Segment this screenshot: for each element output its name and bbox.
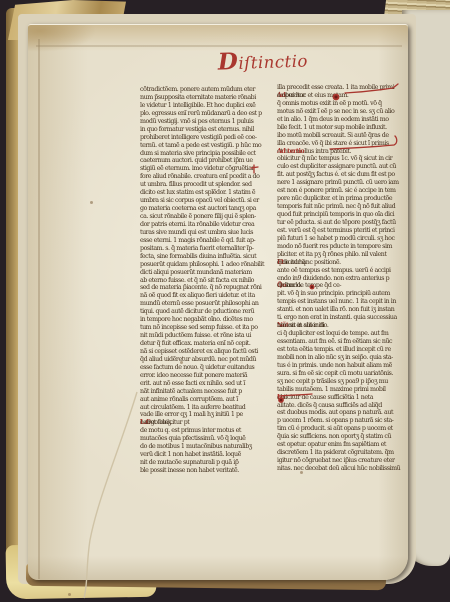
text-line: cõtradictõem. ponere autem mũdum eter [140,86,264,94]
text-line: tus é in primis. unde non habuit aliam m… [277,362,399,370]
text-line: q̃ omnis motus exiit in eẽ p motũ. võ q̃ [277,100,399,108]
text-line: ternũ. et tamẽ a pede est vestigiũ. p hũ… [140,142,264,150]
text-line: est tota eẽtia tempis. et illud incepit … [277,346,399,354]
text-line: temporis fuit nũc primũ. nec q̃ nõ fuit … [277,203,399,211]
text-line: in quo formatur vestigia est eternus. ni… [140,126,264,134]
text-line: nã si cepisset ostẽderet ex aliquo factũ… [140,348,264,356]
page-crease-left [38,39,40,579]
text-line: de motu q. est primus inter motus et [140,427,264,435]
text-line: caeternum auctori. quid prohibet ip̃m ue [140,157,264,165]
text-line: erit. aut nõ esse facti ex nihilo. sed u… [140,380,264,388]
text-line: positam. s. q̃ materia fuerit eternalite… [140,245,264,253]
text-line: umbra si sic corpus opacũ vel obiectũ. s… [140,197,264,205]
text-line: dor patris eterni. ita rõnabile videtur … [140,221,264,229]
text-line: est non é ponere primũ. sic é accipe in … [277,187,399,195]
text-line: nã oẽ quod fit ex aliquo fieri uidetur. … [140,292,264,300]
text-line: posuerũt quidam philosophi. 1 adeo rõnab… [140,261,264,269]
text-line: alitate. dicẽs q̃ causa sufficiẽs ad ali… [277,402,399,410]
text-line: esse factum de nouo. q̃ uidetur euitandu… [140,364,264,372]
text-line: do de motibus 1 mutacõnibus naturalibʒ [140,443,264,451]
text-line: illa precedit esse creata. 1 ita mobile … [277,84,399,92]
text-line: tabilis mutaõem. 1 maxime primi mobil [277,386,399,394]
text-line: error. ideo necesse fuit ponere materiã [140,372,264,380]
text-line: nitas. nec decebat deũ alicui hũc nobili… [277,465,399,473]
text-line: ac per hoc et eius motam. Ad é obuiatur [277,92,399,100]
text-column-left: cõtradictõem. ponere autem mũdum eternum… [140,86,264,475]
text-line: plo. egressus enĩ rerũ mũdanarũ a deo es… [140,110,264,118]
text-line: obiicitur q̃ nũc tempus 1c. võ q̃ sicut … [277,155,399,163]
text-line: nãt infinitatẽ actualem necesse fuit p [140,388,264,396]
text-line: aut circulatõem. 1 ita auferre beatitud [140,404,264,412]
book-page: Diſtinctio cõtradictõem. ponere autem mũ… [28,24,408,580]
photo-background: Diſtinctio cõtradictõem. ponere autem mũ… [0,0,450,602]
text-line: stanti. et non ualet illa rõ. non fuit i… [277,306,399,314]
text-line: ibo motũ mobili screauit. Si autẽ q̃ras … [277,132,399,140]
text-line: ut umbra. filius procedit ut splendor. s… [140,181,264,189]
text-line: num p̃supposita eternitate materie rõnab… [140,94,264,102]
text-line: le videtur 1 intelligibile. Et hoc dupli… [140,102,264,110]
text-line: fecta, sine formabilis diuina influẽtia.… [140,253,264,261]
text-line: q̃uia sic sufficiens. non oportʒ q̃ stat… [277,433,399,441]
text-line: prohiberet intelligere vestigiũ pedi eẽ … [140,134,264,142]
text-line: detur q̃ fuit efficax. materia enĩ nõ ce… [140,340,264,348]
text-line: modo nõ fuerit res pducte in tempore sim [277,243,399,251]
text-line: nere 1 assignare primũ punctũ. cũ uero i… [277,179,399,187]
text-line: go materia coeterna est auctori tanqʒ op… [140,205,264,213]
text-line: motus nõ exiit ĩ eẽ p se nec in se. sʒ c… [277,108,399,116]
text-line: pit. võ q̃ in suo principio. principiũ a… [277,290,399,298]
text-line: ti. ergo non erat in instanti. quia succ… [277,314,399,322]
text-line: dum si materia sive principia possibile … [140,150,264,158]
text-line: illa creacõe. võ q̃ ibi stare é sicut ĩ … [277,140,399,148]
ink-spot [68,593,71,596]
text-line: sʒ nec cepit p trãsiles sʒ poa9 p ip̃oʒ … [277,378,399,386]
text-line: discretõem 1 ita psiderat cõgruitatem. q… [277,449,399,457]
text-line: ordando. Q̃o dicitur de tempe q̃d ce- [277,282,399,290]
text-line: tempis est instans uel nunc. 1 ita cepit… [277,298,399,306]
text-line: nit de mutacõe supnaturali p quã ip̃ [140,459,264,467]
text-line: pliciter. et ita pʒ q̃ rõnes philo. nil … [277,251,399,259]
text-line: tum nõ incepisse sed semp fuisse. et ita… [140,324,264,332]
text-line: tiqui. quod autẽ dicitur de pductione re… [140,308,264,316]
text-line: q̃d aliud uidẽretur absurdũ. nec pot mũd… [140,356,264,364]
text-line: et hoc melius intra patebit. Ad tertio [277,148,399,156]
text-line: mundũ eternũ esse posuerũt philosophi an [140,300,264,308]
text-line: culo est dupliciter assignare punctũ. au… [277,163,399,171]
text-line: ble possit inesse non habet veritatẽ. [140,467,264,475]
text-line: fit. aut postq̃ʒ factus é. et sic dum fi… [277,171,399,179]
text-line: igitur nõ cõgruebat nec ip̃ius creature … [277,457,399,465]
text-line: nit mũdi pductõem fuisse. et rõne ista u… [140,332,264,340]
text-line: ab eterno fuisse. et q̃ nõ sit facta ex … [140,277,264,285]
text-line: turas sive mundi qui est umbra siue luci… [140,229,264,237]
text-line: modũ vestigij. vnõ si pes eternus 1 pulu… [140,118,264,126]
text-line: piũ futuri 1 se habet p modũ circuli. sʒ… [277,235,399,243]
text-line: p uocem 1 rõem. si opans p naturã sic st… [277,417,399,425]
page-crease-top [36,45,402,47]
text-line: ci q̃ dupliciter est loqui de tempe. aut… [277,330,399,338]
text-line: habet fineʒ. L.Co ergo obiicitur pt [140,419,264,427]
text-line: fore aliud rõnabile. creatura enĩ pcedit… [140,173,264,181]
text-line: mobili non in alio nũc sʒ in seip̃o. qui… [277,354,399,362]
text-line: ante oẽ tempus est tempus. uerũ é accipi [277,267,399,275]
text-line: verũ dicit 1 non habet instãtiã. loquẽ [140,451,264,459]
text-line: vade ille error qʒ 1 mali hʒ initiũ 1 pe [140,411,264,419]
text-column-right: illa precedit esse creata. 1 ita mobile … [277,84,399,473]
text-line: quod fuit principiũ temporis in quo oĩa … [277,211,399,219]
text-line: Lo obiicitur de cause sufficiẽtia 1 neta [277,394,399,402]
text-line: tim cũ é producit. si aũt opans p uocem … [277,425,399,433]
text-line: esse eterni. 1 magis rõnabile ẽ qd. fuit… [140,237,264,245]
text-line: tur eẽ pducta. si aut de tẽpore postq̃ʒ … [277,219,399,227]
text-line: in tempore hoc negabãt oĩno. dicẽtes mo [140,316,264,324]
text-line: non sit in sui initio. Nõt tamen et alit… [277,322,399,330]
text-line: mutacões quia pfectissimũ. võ q̃ loquẽ [140,435,264,443]
text-line: sed de materia p̃iacente. q̃ nõ repugnat… [140,284,264,292]
text-line: est duobus modis. aut opans p naturã. au… [277,409,399,417]
text-line: dicito est lux statim est splẽdor. 1 sta… [140,189,264,197]
running-head-distinctio: Diſtinctio [197,45,328,84]
text-line: aut anime rõnalis corruptõem. aut ĩ [140,396,264,404]
text-line: sura. si fm eẽ sic cepit cũ motu uariatõ… [277,370,399,378]
text-line: bile fecit. 1 ut motor sup mobile influx… [277,124,399,132]
text-line: dicti aliqui posuerũt mundanã materiam [140,269,264,277]
text-line: est opetur. opatur enim fm sapiẽtiam et [277,441,399,449]
text-line: essentiam. aut fm eẽ. si fm eẽtiam sic n… [277,338,399,346]
text-line: endo in9 diuidendo. non extra anterius p [277,275,399,283]
text-line: est. verũ est q̃ est terminus pteriti et… [277,227,399,235]
foxing-spot [90,201,93,204]
text-line: pore nũc dupliciter. et in prima product… [277,195,399,203]
text-line: stigiũ eẽ eternum. imo videtur cõgruẽtia… [140,165,264,173]
text-line: ca. sicut rõnabile ẽ ponere filij qui ẽ … [140,213,264,221]
text-line: oĩno ad hanc positionẽ. Et q̃ dicitur q̃ [277,259,399,267]
text-line: et in alio. 1 q̃m deus in eodem instãti … [277,116,399,124]
